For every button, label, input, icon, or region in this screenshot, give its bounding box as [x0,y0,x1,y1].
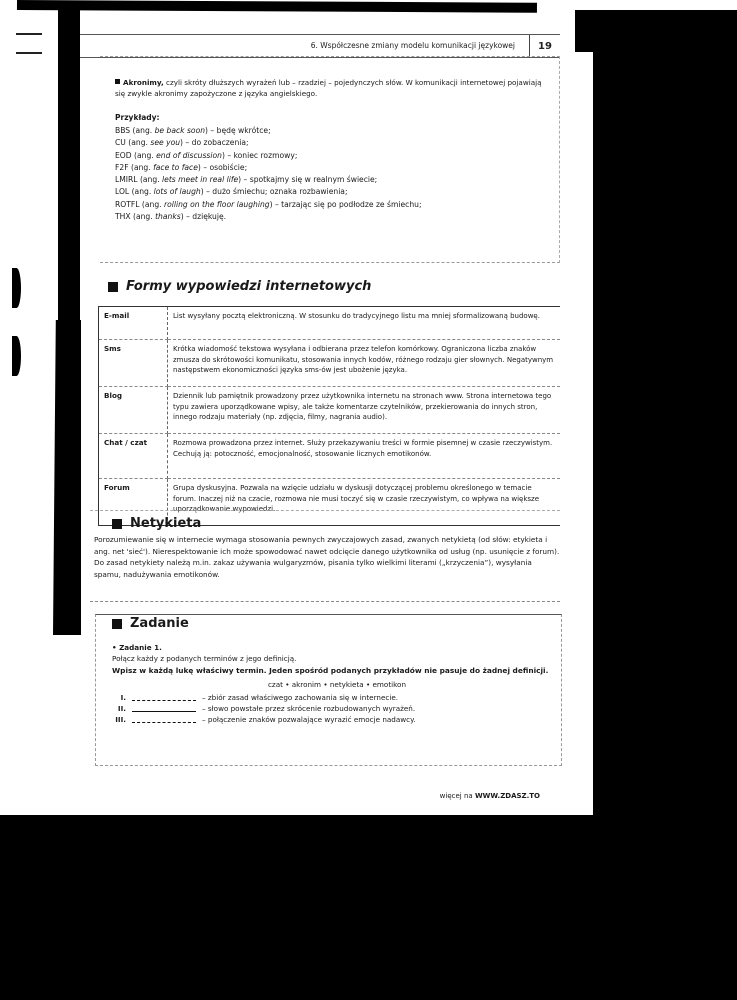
example-item: CU (ang. see you) – do zobaczenia; [115,137,544,149]
example-english: end of discussion [156,151,222,160]
table-row: Blog Dziennik lub pamiętnik prowadzony p… [99,387,561,434]
heading-text: Formy wypowiedzi internetowych [126,279,371,294]
section-heading-netykieta: Netykieta [112,516,201,531]
scan-spine-shadow [58,8,80,328]
example-pre: (ang. [129,163,154,172]
task-title: • Zadanie 1. [112,642,562,653]
example-meaning: ) – tarzając się po podłodze ze śmiechu; [270,200,422,209]
scan-dark-area-bottom [0,815,737,1000]
example-item: LMIRL (ang. lets meet in real life) – sp… [115,174,544,186]
square-bullet-icon [112,619,122,629]
task-item: II. – słowo powstałe przez skrócenie roz… [112,703,562,714]
example-item: BBS (ang. be back soon) – będę wkrótce; [115,125,544,137]
word-bank: czat • akronim • netykieta • emotikon [112,678,562,691]
footer: więcej na WWW.ZDASZ.TO [440,792,540,800]
example-item: EOD (ang. end of discussion) – koniec ro… [115,150,544,162]
example-item: LOL (ang. lots of laugh) – dużo śmiechu;… [115,186,544,198]
definition-cell: Dziennik lub pamiętnik prowadzony przez … [168,387,561,434]
example-english: rolling on the floor laughing [164,200,270,209]
example-pre: (ang. [132,151,157,160]
heading-text: Zadanie [130,616,189,631]
square-bullet-icon [108,282,118,292]
example-meaning: ) – osobiście; [198,163,247,172]
example-item: F2F (ang. face to face) – osobiście; [115,162,544,174]
example-pre: (ang. [131,212,156,221]
footer-prefix: więcej na [440,792,475,800]
akronimy-term: Akronimy, [123,78,164,87]
scan-spine-shadow-lower [53,320,81,635]
example-abbr: ROTFL [115,200,140,209]
example-english: lots of laugh [154,187,201,196]
example-english: lets meet in real life [162,175,238,184]
example-abbr: LOL [115,187,129,196]
example-pre: (ang. [126,138,151,147]
example-meaning: ) – koniec rozmowy; [222,151,297,160]
item-definition: – zbiór zasad właściwego zachowania się … [202,692,398,703]
example-abbr: CU [115,138,126,147]
example-english: be back soon [155,126,205,135]
term-cell: E-mail [99,307,168,340]
forms-table: E-mail List wysyłany pocztą elektroniczn… [98,306,560,526]
example-abbr: F2F [115,163,129,172]
definition-cell: List wysyłany pocztą elektroniczną. W st… [168,307,561,340]
running-head: 6. Współczesne zmiany modelu komunikacji… [80,34,560,58]
example-english: thanks [155,212,181,221]
netykieta-text: Porozumiewanie się w internecie wymaga s… [94,534,560,580]
example-pre: (ang. [129,187,154,196]
zadanie-content: • Zadanie 1. Połącz każdy z podanych ter… [112,642,562,725]
chapter-title: 6. Współczesne zmiany modelu komunikacji… [311,35,530,57]
example-pre: (ang. [138,175,163,184]
table-row: Sms Krótka wiadomość tekstowa wysyłana i… [99,340,561,387]
square-bullet-icon [115,79,120,84]
answer-blank[interactable] [132,703,196,712]
term-cell: Sms [99,340,168,387]
section-heading-formy: Formy wypowiedzi internetowych [108,279,371,294]
scan-blot [12,268,21,308]
akronimy-text: czyli skróty dłuższych wyrażeń lub – rza… [115,78,542,98]
task-instruction: Wpisz w każdą lukę właściwy termin. Jede… [112,664,562,677]
example-english: see you [150,138,180,147]
example-abbr: THX [115,212,131,221]
example-meaning: ) – będę wkrótce; [205,126,271,135]
item-number: I. [112,692,126,703]
table-row: E-mail List wysyłany pocztą elektroniczn… [99,307,561,340]
item-number: II. [112,703,126,714]
example-abbr: EOD [115,151,132,160]
examples-label: Przykłady: [115,113,544,122]
textbook-page: 6. Współczesne zmiany modelu komunikacji… [80,10,580,815]
akronimy-box: Akronimy, czyli skróty dłuższych wyrażeń… [100,56,560,263]
example-abbr: LMIRL [115,175,138,184]
akronimy-definition: Akronimy, czyli skróty dłuższych wyrażeń… [115,77,544,99]
scan-blot [12,336,21,376]
footer-site-link[interactable]: WWW.ZDASZ.TO [475,792,540,800]
task-intro: Połącz każdy z podanych terminów z jego … [112,653,562,664]
answer-blank[interactable] [132,714,196,723]
example-meaning: ) – dużo śmiechu; oznaka rozbawienia; [201,187,348,196]
table-row: Chat / czat Rozmowa prowadzona przez int… [99,434,561,479]
term-cell: Chat / czat [99,434,168,479]
example-english: face to face [153,163,198,172]
item-definition: – słowo powstałe przez skrócenie rozbudo… [202,703,415,714]
example-pre: (ang. [140,200,165,209]
example-meaning: ) – spotkajmy się w realnym świecie; [238,175,377,184]
example-item: THX (ang. thanks) – dziękuję. [115,211,544,223]
example-abbr: BBS [115,126,130,135]
definition-cell: Krótka wiadomość tekstowa wysyłana i odb… [168,340,561,387]
example-meaning: ) – dziękuję. [181,212,226,221]
square-bullet-icon [112,519,122,529]
task-item: III. – połączenie znaków pozwalające wyr… [112,714,562,725]
item-definition: – połączenie znaków pozwalające wyrazić … [202,714,416,725]
item-number: III. [112,714,126,725]
example-meaning: ) – do zobaczenia; [180,138,249,147]
term-cell: Blog [99,387,168,434]
example-pre: (ang. [130,126,155,135]
section-heading-zadanie: Zadanie [112,616,189,631]
answer-blank[interactable] [132,692,196,701]
heading-text: Netykieta [130,516,201,531]
definition-cell: Rozmowa prowadzona przez internet. Służy… [168,434,561,479]
page-number: 19 [530,41,560,52]
task-item: I. – zbiór zasad właściwego zachowania s… [112,692,562,703]
example-item: ROTFL (ang. rolling on the floor laughin… [115,199,544,211]
examples-list: Przykłady: BBS (ang. be back soon) – będ… [115,113,544,223]
